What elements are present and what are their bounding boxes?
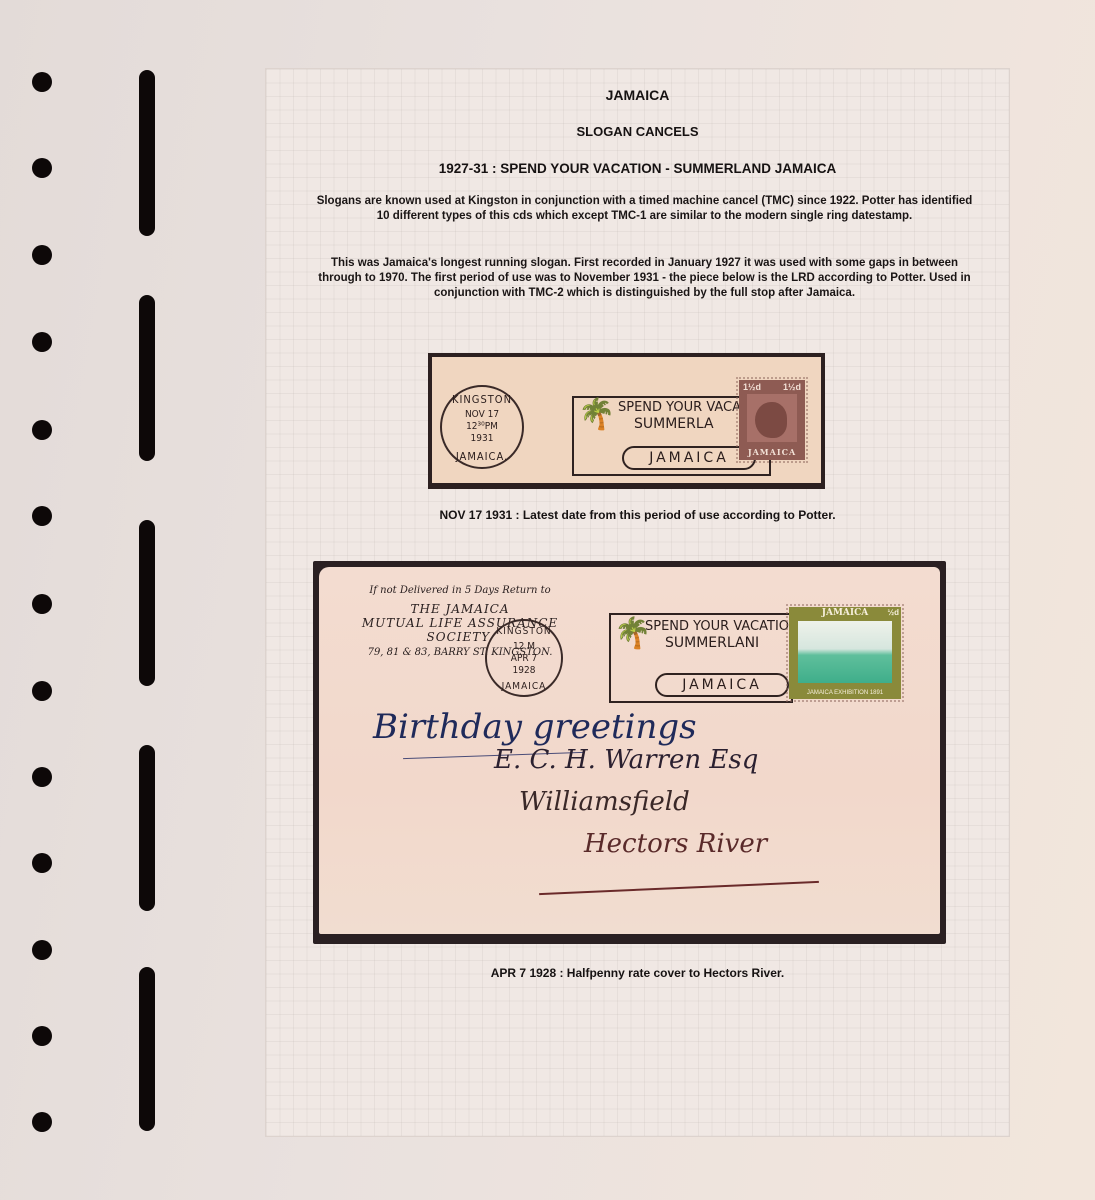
binder-slot <box>139 520 155 686</box>
binder-hole <box>32 767 52 787</box>
binder-hole <box>32 594 52 614</box>
intro-paragraph: Slogans are known used at Kingston in co… <box>314 194 975 224</box>
piece-caption: NOV 17 1931 : Latest date from this peri… <box>266 508 1009 522</box>
king-portrait <box>755 402 787 438</box>
binder-hole <box>32 332 52 352</box>
binder-hole <box>32 1026 52 1046</box>
envelope-cover: If not Delivered in 5 Days Return to THE… <box>319 567 940 934</box>
binder-hole <box>32 940 52 960</box>
kingston-postmark: KINGSTON 12 M APR 7 1928 JAMAICA <box>485 619 563 697</box>
kingston-postmark: KINGSTON NOV 17 12³⁰PM 1931 JAMAICA. <box>440 385 524 469</box>
binder-hole <box>32 158 52 178</box>
history-paragraph: This was Jamaica's longest running sloga… <box>314 256 975 301</box>
binder-slot <box>139 70 155 236</box>
section-heading: 1927-31 : SPEND YOUR VACATION - SUMMERLA… <box>266 161 1009 176</box>
palm-tree-icon: 🌴 <box>578 400 615 430</box>
binder-hole <box>32 681 52 701</box>
binder-hole <box>32 1112 52 1132</box>
binder-hole <box>32 72 52 92</box>
cover-mount: If not Delivered in 5 Days Return to THE… <box>313 561 946 944</box>
binder-hole <box>32 506 52 526</box>
stamp-piece: KINGSTON NOV 17 12³⁰PM 1931 JAMAICA. 🌴 S… <box>432 357 821 483</box>
cover-caption: APR 7 1928 : Halfpenny rate cover to Hec… <box>266 966 1009 980</box>
binder-slot <box>139 295 155 461</box>
binder-hole <box>32 853 52 873</box>
exhibition-stamp: JAMAICA ½d JAMAICA EXHIBITION 1891 <box>789 607 901 699</box>
binder-holes <box>0 0 200 1200</box>
handwritten-address-line: Williamsfield <box>519 787 690 817</box>
binder-slot <box>139 967 155 1131</box>
kgv-stamp: 1½d 1½d JAMAICA <box>739 380 805 460</box>
handwritten-greeting: Birthday greetings <box>373 707 697 747</box>
binder-hole <box>32 420 52 440</box>
page-subtitle: SLOGAN CANCELS <box>266 124 1009 139</box>
page-title: JAMAICA <box>266 87 1009 103</box>
binder-slot <box>139 745 155 911</box>
binder-hole <box>32 245 52 265</box>
underline <box>539 881 819 895</box>
slogan-cancel: 🌴 SPEND YOUR VACATIO SUMMERLANI JAMAICA <box>609 613 793 703</box>
piece-mount: KINGSTON NOV 17 12³⁰PM 1931 JAMAICA. 🌴 S… <box>428 353 825 489</box>
stamp-scene <box>798 621 892 683</box>
handwritten-address-line: Hectors River <box>584 829 767 859</box>
album-page: JAMAICA SLOGAN CANCELS 1927-31 : SPEND Y… <box>265 68 1010 1137</box>
handwritten-addressee: E. C. H. Warren Esq <box>494 745 758 775</box>
